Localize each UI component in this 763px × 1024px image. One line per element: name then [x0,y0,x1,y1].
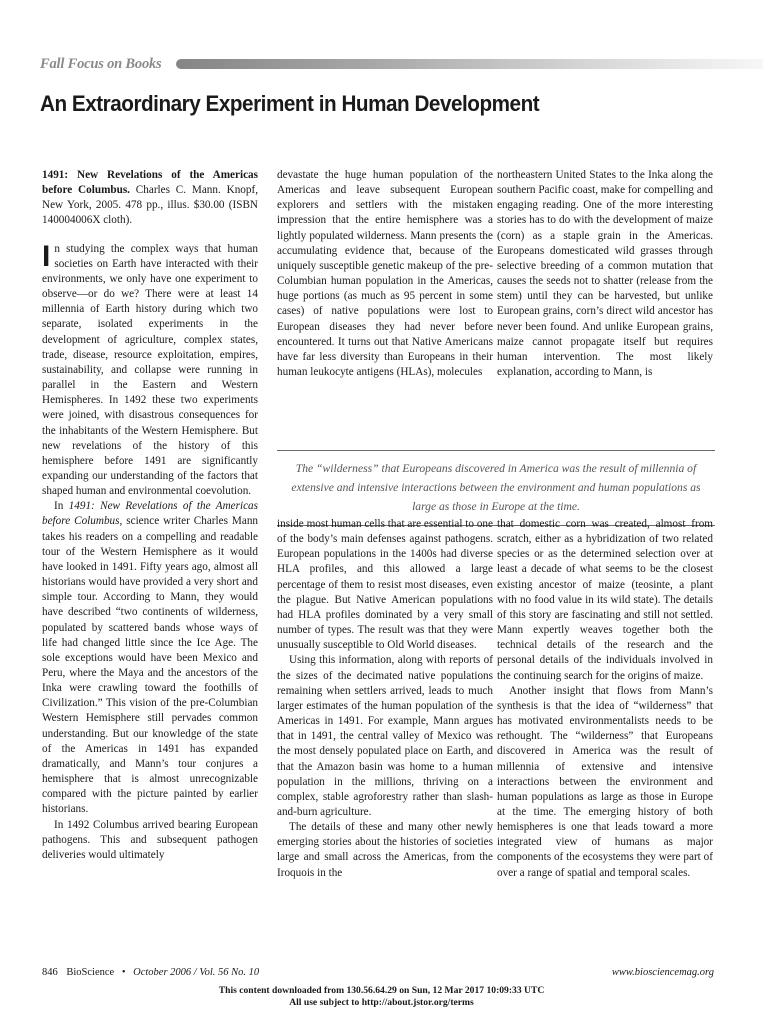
paragraph: In studying the complex ways that human … [42,242,258,500]
journal-name: BioScience [66,967,114,978]
pull-quote-text: The “wilderness” that Europeans discover… [285,459,707,516]
book-reference: 1491: New Revelations of the Americas be… [42,168,258,229]
terms-line: All use subject to http://about.jstor.or… [0,997,763,1009]
issue-info: October 2006 / Vol. 56 No. 10 [133,967,259,978]
paragraph: inside most human cells that are essenti… [277,517,493,653]
column-1: 1491: New Revelations of the Americas be… [42,168,258,863]
download-info: This content downloaded from 130.56.64.2… [0,985,763,997]
paragraph: In 1492 Columbus arrived bearing Europea… [42,818,258,863]
article-title: An Extraordinary Experiment in Human Dev… [40,91,539,117]
paragraph: The details of these and many other newl… [277,820,493,881]
column-3-bottom: that domestic corn was created, almost f… [497,517,713,881]
column-2-top: devastate the huge human population of t… [277,168,493,380]
page-footer: 846 BioScience • October 2006 / Vol. 56 … [42,967,259,978]
pull-quote: The “wilderness” that Europeans discover… [277,450,715,526]
jstor-terms-link[interactable]: http://about.jstor.org/terms [362,997,474,1008]
section-header: Fall Focus on Books [40,52,763,76]
paragraph: northeastern United States to the Inka a… [497,168,713,380]
paragraph: that domestic corn was created, almost f… [497,517,713,684]
jstor-notice: This content downloaded from 130.56.64.2… [0,985,763,1009]
column-3-top: northeastern United States to the Inka a… [497,168,713,380]
bullet-separator: • [122,967,126,978]
paragraph: Another insight that flows from Mann’s s… [497,684,713,881]
page-number: 846 [42,967,58,978]
section-label: Fall Focus on Books [40,56,162,73]
drop-cap: I [42,244,50,270]
paragraph: In 1491: New Revelations of the Americas… [42,499,258,817]
journal-website[interactable]: www.biosciencemag.org [612,967,714,978]
paragraph: Using this information, along with repor… [277,653,493,820]
section-divider-bar [176,59,763,69]
column-2-bottom: inside most human cells that are essenti… [277,517,493,881]
paragraph: devastate the huge human population of t… [277,168,493,380]
